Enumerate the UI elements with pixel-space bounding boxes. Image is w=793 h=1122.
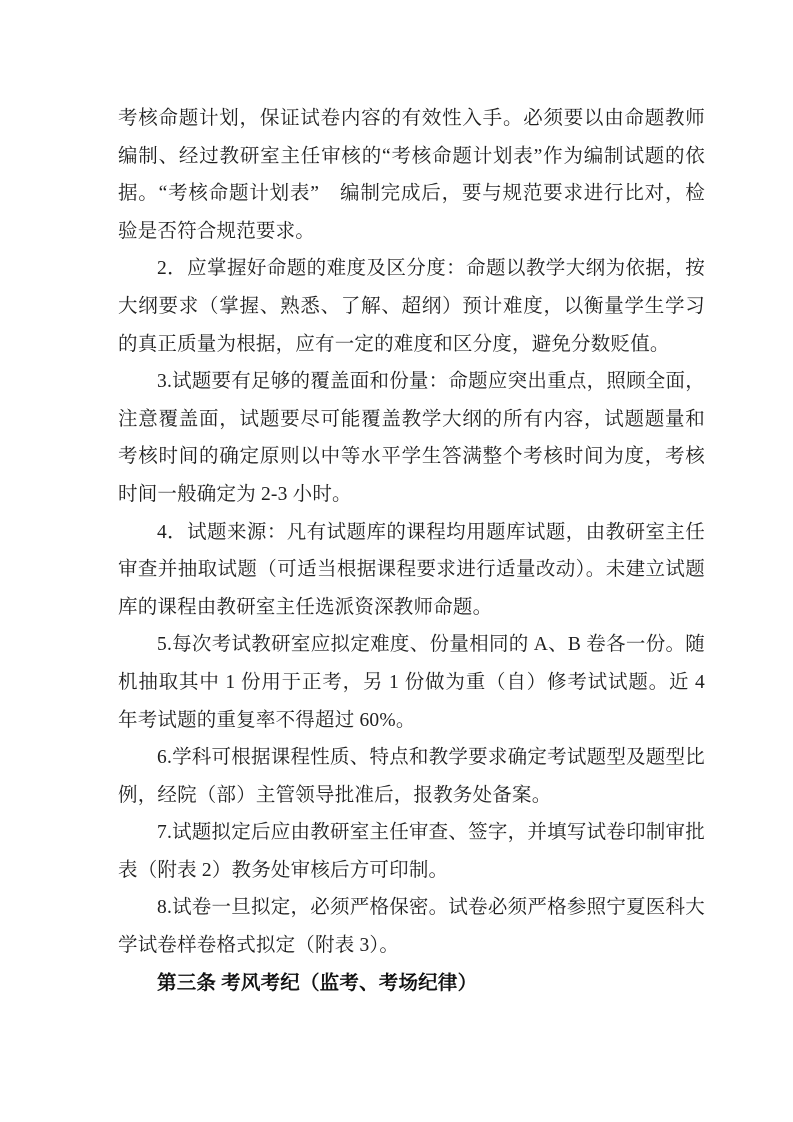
paragraph-item-4: 4．试题来源：凡有试题库的课程均用题库试题，由教研室主任审查并抽取试题（可适当根… <box>118 514 705 627</box>
paragraph-item-3: 3.试题要有足够的覆盖面和份量：命题应突出重点，照顾全面，注意覆盖面，试题要尽可… <box>118 363 705 513</box>
paragraph-item-7: 7.试题拟定后应由教研室主任审查、签字，并填写试卷印制审批表（附表 2）教务处审… <box>118 814 705 889</box>
paragraph-item-2: 2．应掌握好命题的难度及区分度：命题以教学大纲为依据，按大纲要求（掌握、熟悉、了… <box>118 250 705 363</box>
paragraph-item-5: 5.每次考试教研室应拟定难度、份量相同的 A、B 卷各一份。随机抽取其中 1 份… <box>118 626 705 739</box>
paragraph-item-6: 6.学科可根据课程性质、特点和教学要求确定考试题型及题型比例，经院（部）主管领导… <box>118 739 705 814</box>
paragraph-item-8: 8.试卷一旦拟定，必须严格保密。试卷必须严格参照宁夏医科大学试卷样卷格式拟定（附… <box>118 889 705 964</box>
section-heading: 第三条 考风考纪（监考、考场纪律） <box>118 965 705 1003</box>
document-page: 考核命题计划，保证试卷内容的有效性入手。必须要以由命题教师编制、经过教研室主任审… <box>0 0 793 1122</box>
paragraph-continuation: 考核命题计划，保证试卷内容的有效性入手。必须要以由命题教师编制、经过教研室主任审… <box>118 100 705 250</box>
document-body: 考核命题计划，保证试卷内容的有效性入手。必须要以由命题教师编制、经过教研室主任审… <box>118 100 705 1002</box>
